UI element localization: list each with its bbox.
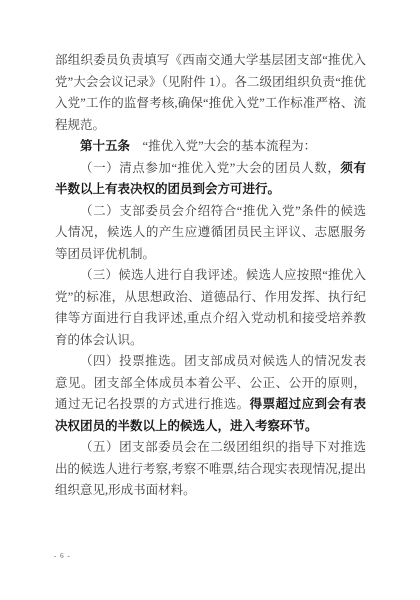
- article-number: 第十五条: [80, 139, 130, 153]
- paragraph-text: （三）候选人进行自我评述。候选人应按照“推优入党”的标准，从思想政治、道德品行、…: [55, 268, 366, 347]
- paragraph-text: 部组织委员负责填写《西南交通大学基层团支部“推优入党”大会会议记录》（见附件 1…: [55, 53, 366, 132]
- paragraph-continuation: 部组织委员负责填写《西南交通大学基层团支部“推优入党”大会会议记录》（见附件 1…: [55, 50, 366, 136]
- paragraph-text: （二）支部委员会介绍符合“推优入党”条件的候选人情况，候选人的产生应遵循团员民主…: [55, 204, 366, 261]
- paragraph-item-4: （四）投票推选。团支部成员对候选人的情况发表意见。团支部全体成员本着公平、公正、…: [55, 351, 366, 437]
- document-body: 部组织委员负责填写《西南交通大学基层团支部“推优入党”大会会议记录》（见附件 1…: [55, 50, 366, 502]
- paragraph-item-5: （五）团支部委员会在二级团组织的指导下对推选出的候选人进行考察,考察不唯票,结合…: [55, 437, 366, 502]
- paragraph-text: （五）团支部委员会在二级团组织的指导下对推选出的候选人进行考察,考察不唯票,结合…: [55, 440, 366, 497]
- page-number: - 6 -: [54, 552, 71, 560]
- paragraph-item-2: （二）支部委员会介绍符合“推优入党”条件的候选人情况，候选人的产生应遵循团员民主…: [55, 201, 366, 266]
- paragraph-item-1: （一）清点参加“推优入党”大会的团员人数，须有半数以上有表决权的团员到会方可进行…: [55, 158, 366, 201]
- document-page: 部组织委员负责填写《西南交通大学基层团支部“推优入党”大会会议记录》（见附件 1…: [0, 0, 420, 600]
- paragraph-text: （一）清点参加“推优入党”大会的团员人数，: [80, 161, 340, 175]
- paragraph-text: “推优入党”大会的基本流程为：: [130, 139, 316, 153]
- paragraph-item-3: （三）候选人进行自我评述。候选人应按照“推优入党”的标准，从思想政治、道德品行、…: [55, 265, 366, 351]
- paragraph-article-15: 第十五条 “推优入党”大会的基本流程为：: [55, 136, 366, 158]
